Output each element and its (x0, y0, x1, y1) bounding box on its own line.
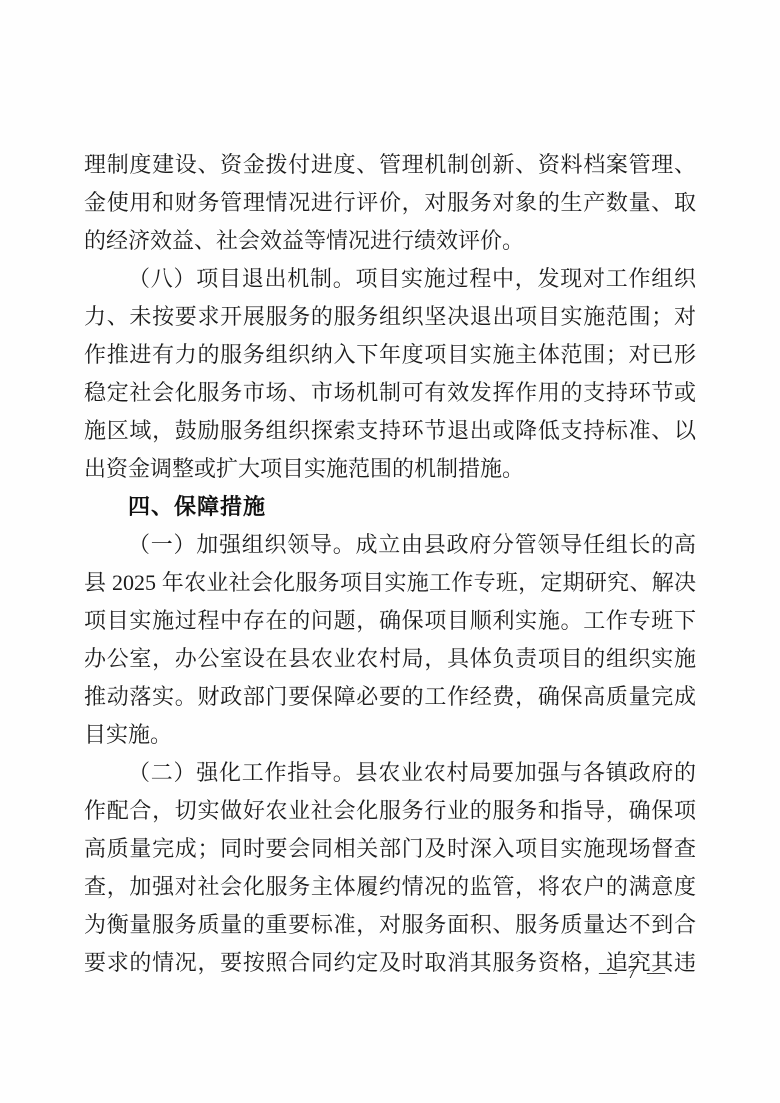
text-line: 出资金调整或扩大项目实施范围的机制措施。 (84, 450, 696, 488)
text-line: 理制度建设、资金拨付进度、管理机制创新、资料档案管理、资 (84, 146, 696, 184)
text-line: 县 2025 年农业社会化服务项目实施工作专班，定期研究、解决 (84, 564, 696, 602)
text-line: （二）强化工作指导。县农业农村局要加强与各镇政府的协 (84, 754, 696, 792)
page-number: — 7 — (599, 962, 668, 983)
document-body: 理制度建设、资金拨付进度、管理机制创新、资料档案管理、资金使用和财务管理情况进行… (84, 146, 696, 982)
text-line: 查，加强对社会化服务主体履约情况的监管，将农户的满意度作 (84, 868, 696, 906)
text-line: 施区域，鼓励服务组织探索支持环节退出或降低支持标准、以腾 (84, 412, 696, 450)
text-line: 推动落实。财政部门要保障必要的工作经费，确保高质量完成项 (84, 678, 696, 716)
text-line: 高质量完成；同时要会同相关部门及时深入项目实施现场督查检 (84, 830, 696, 868)
text-line: 力、未按要求开展服务的服务组织坚决退出项目实施范围；对工 (84, 298, 696, 336)
text-line: 稳定社会化服务市场、市场机制可有效发挥作用的支持环节或实 (84, 374, 696, 412)
document-page: 理制度建设、资金拨付进度、管理机制创新、资料档案管理、资金使用和财务管理情况进行… (0, 0, 780, 1103)
text-line: 金使用和财务管理情况进行评价，对服务对象的生产数量、取得 (84, 184, 696, 222)
text-line: 办公室，办公室设在县农业农村局，具体负责项目的组织实施和 (84, 640, 696, 678)
text-line: 项目实施过程中存在的问题，确保项目顺利实施。工作专班下设 (84, 602, 696, 640)
text-line: （八）项目退出机制。项目实施过程中，发现对工作组织不 (84, 260, 696, 298)
text-line: 为衡量服务质量的重要标准，对服务面积、服务质量达不到合同 (84, 906, 696, 944)
text-line: 作配合，切实做好农业社会化服务行业的服务和指导，确保项目 (84, 792, 696, 830)
text-line: 的经济效益、社会效益等情况进行绩效评价。 (84, 222, 696, 260)
text-line: 目实施。 (84, 716, 696, 754)
text-line: 作推进有力的服务组织纳入下年度项目实施主体范围；对已形成 (84, 336, 696, 374)
text-line: （一）加强组织领导。成立由县政府分管领导任组长的高台 (84, 526, 696, 564)
section-heading: 四、保障措施 (84, 488, 696, 526)
